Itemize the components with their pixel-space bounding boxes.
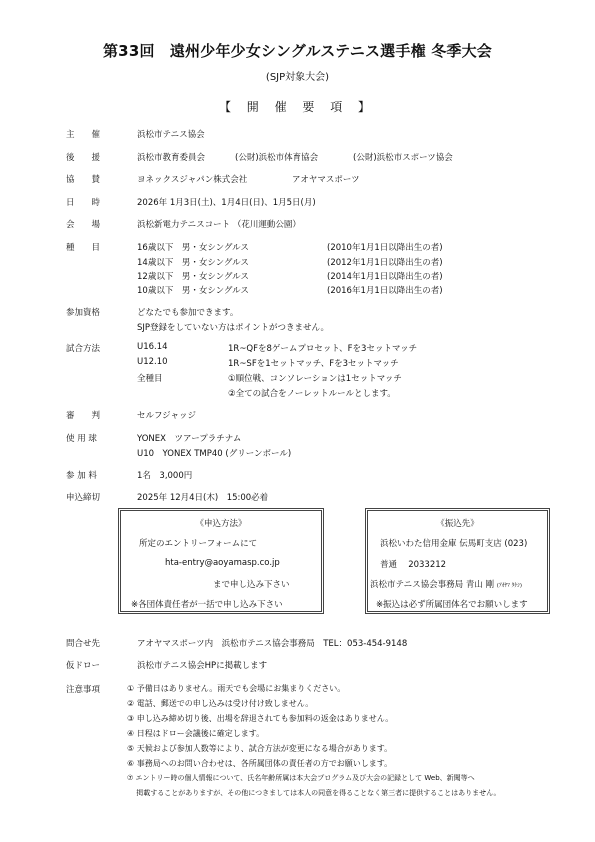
support-value-3: (公財)浜松市スポーツ協会 <box>353 151 453 163</box>
payment-account: 普通 2033212 <box>380 558 446 570</box>
qualification-line-2: SJP登録をしていない方はポイントがつきません。 <box>137 321 329 333</box>
note-item: 掲載することがありますが、その他につきましては本人の同意を得ることなく第三者に提… <box>127 788 501 798</box>
provisional-draw-value: 浜松市テニス協会HPに掲載します <box>137 659 267 671</box>
organizer-label: 主 催 <box>66 128 100 140</box>
event-eligibility: (2016年1月1日以降出生の者) <box>327 284 443 296</box>
note-item: ④ 日程はドロー会議後に確定します。 <box>127 728 264 739</box>
support-value-1: 浜松市教育委員会 <box>137 151 205 163</box>
note-item: ⑥ 事務局へのお問い合わせは、各所属団体の責任者の方でお願いします。 <box>127 758 392 769</box>
payment-info-box: 《振込先》 浜松いわた信用金庫 伝馬町支店 (023) 普通 2033212 浜… <box>365 508 550 614</box>
event-eligibility: (2010年1月1日以降出生の者) <box>327 241 443 253</box>
sponsor-value-1: ヨネックスジャパン株式会社 <box>137 173 247 185</box>
fee-value: 1名 3,000円 <box>137 469 192 481</box>
match-format-rule: 1R~QFを8ゲームプロセット、Fを3セットマッチ <box>228 342 417 354</box>
event-eligibility: (2014年1月1日以降出生の者) <box>327 270 443 282</box>
deadline-value: 2025年 12月4日(木) 15:00必着 <box>137 491 268 503</box>
application-box-heading: 《申込方法》 <box>121 517 321 529</box>
match-format-rule: ②全ての試合をノーレットルールとします。 <box>228 387 396 399</box>
venue-label: 会 場 <box>66 218 100 230</box>
fee-label: 参 加 料 <box>66 469 97 481</box>
match-format-group: 全種目 <box>137 372 163 384</box>
payment-holder-kana: (ｱｵﾔﾏ ﾀｹｼ) <box>497 583 522 589</box>
payment-holder-name: 浜松市テニス協会事務局 青山 剛 <box>370 580 494 590</box>
note-item: ⑦ エントリー時の個人情報について、氏名年齢所属は本大会プログラム及び大会の記録… <box>127 773 475 783</box>
application-email-link[interactable]: hta-entry@aoyamasp.co.jp <box>165 558 280 568</box>
match-format-label: 試合方法 <box>66 342 100 354</box>
application-method-box: 《申込方法》 所定のエントリーフォームにて hta-entry@aoyamasp… <box>118 508 324 614</box>
event-category: 12歳以下 男・女シングルス <box>137 270 249 282</box>
note-item: ③ 申し込み締め切り後、出場を辞退されても参加料の返金はありません。 <box>127 713 393 724</box>
contact-label: 問合せ先 <box>66 637 100 649</box>
organizer-value: 浜松市テニス協会 <box>137 128 205 140</box>
section-heading: 【 開 催 要 項 】 <box>0 98 595 115</box>
match-format-rule: 1R~SFを1セットマッチ、Fを3セットマッチ <box>228 357 399 369</box>
notes-label: 注意事項 <box>66 683 100 695</box>
contact-value: アオヤマスポーツ内 浜松市テニス協会事務局 TEL：053-454-9148 <box>137 637 407 649</box>
match-format-group: U16.14 <box>137 342 168 352</box>
datetime-label: 日 時 <box>66 196 100 208</box>
events-label: 種 目 <box>66 241 100 253</box>
referee-value: セルフジャッジ <box>137 409 196 421</box>
event-eligibility: (2012年1月1日以降出生の者) <box>327 256 443 268</box>
note-item: ⑤ 天候および参加人数等により、試合方法が変更になる場合があります。 <box>127 743 392 754</box>
note-item: ① 予備日はありません。雨天でも会場にお集まりください。 <box>127 683 345 694</box>
sponsor-value-2: アオヤマスポーツ <box>292 173 360 185</box>
qualification-label: 参加資格 <box>66 306 100 318</box>
support-label: 後 援 <box>66 151 100 163</box>
match-format-rule: ①順位戦、コンソレーションは1セットマッチ <box>228 372 402 384</box>
application-box-line: まで申し込み下さい <box>213 578 290 590</box>
document-title: 第33回 遠州少年少女シングルステニス選手権 冬季大会 <box>0 40 595 61</box>
datetime-value: 2026年 1月3日(土)、1月4日(日)、1月5日(月) <box>137 196 316 208</box>
referee-label: 審 判 <box>66 409 100 421</box>
application-box-line: 所定のエントリーフォームにて <box>139 537 257 549</box>
deadline-label: 申込締切 <box>66 491 100 503</box>
payment-box-heading: 《振込先》 <box>368 517 547 529</box>
venue-value: 浜松新電力テニスコート （花川運動公園） <box>137 218 301 230</box>
match-format-group: U12.10 <box>137 357 168 367</box>
provisional-draw-label: 仮ドロー <box>66 659 100 671</box>
balls-line-2: U10 YONEX TMP40 (グリーンボール) <box>137 447 291 459</box>
payment-bank: 浜松いわた信用金庫 伝馬町支店 (023) <box>380 537 527 549</box>
payment-note: ※振込は必ず所属団体名でお願いします <box>376 598 528 610</box>
document-subtitle: (SJP対象大会) <box>0 68 595 83</box>
event-category: 16歳以下 男・女シングルス <box>137 241 249 253</box>
event-category: 10歳以下 男・女シングルス <box>137 284 249 296</box>
sponsor-label: 協 賛 <box>66 173 100 185</box>
note-item: ② 電話、郵送での申し込みは受け付け致しません。 <box>127 698 313 709</box>
balls-line-1: YONEX ツアープラチナム <box>137 432 241 444</box>
event-category: 14歳以下 男・女シングルス <box>137 256 249 268</box>
payment-holder: 浜松市テニス協会事務局 青山 剛 (ｱｵﾔﾏ ﾀｹｼ) <box>370 578 522 590</box>
support-value-2: (公財)浜松市体育協会 <box>235 151 318 163</box>
balls-label: 使 用 球 <box>66 432 97 444</box>
application-box-note: ※各団体責任者が一括で申し込み下さい <box>131 598 283 610</box>
qualification-line-1: どなたでも参加できます。 <box>137 306 238 318</box>
